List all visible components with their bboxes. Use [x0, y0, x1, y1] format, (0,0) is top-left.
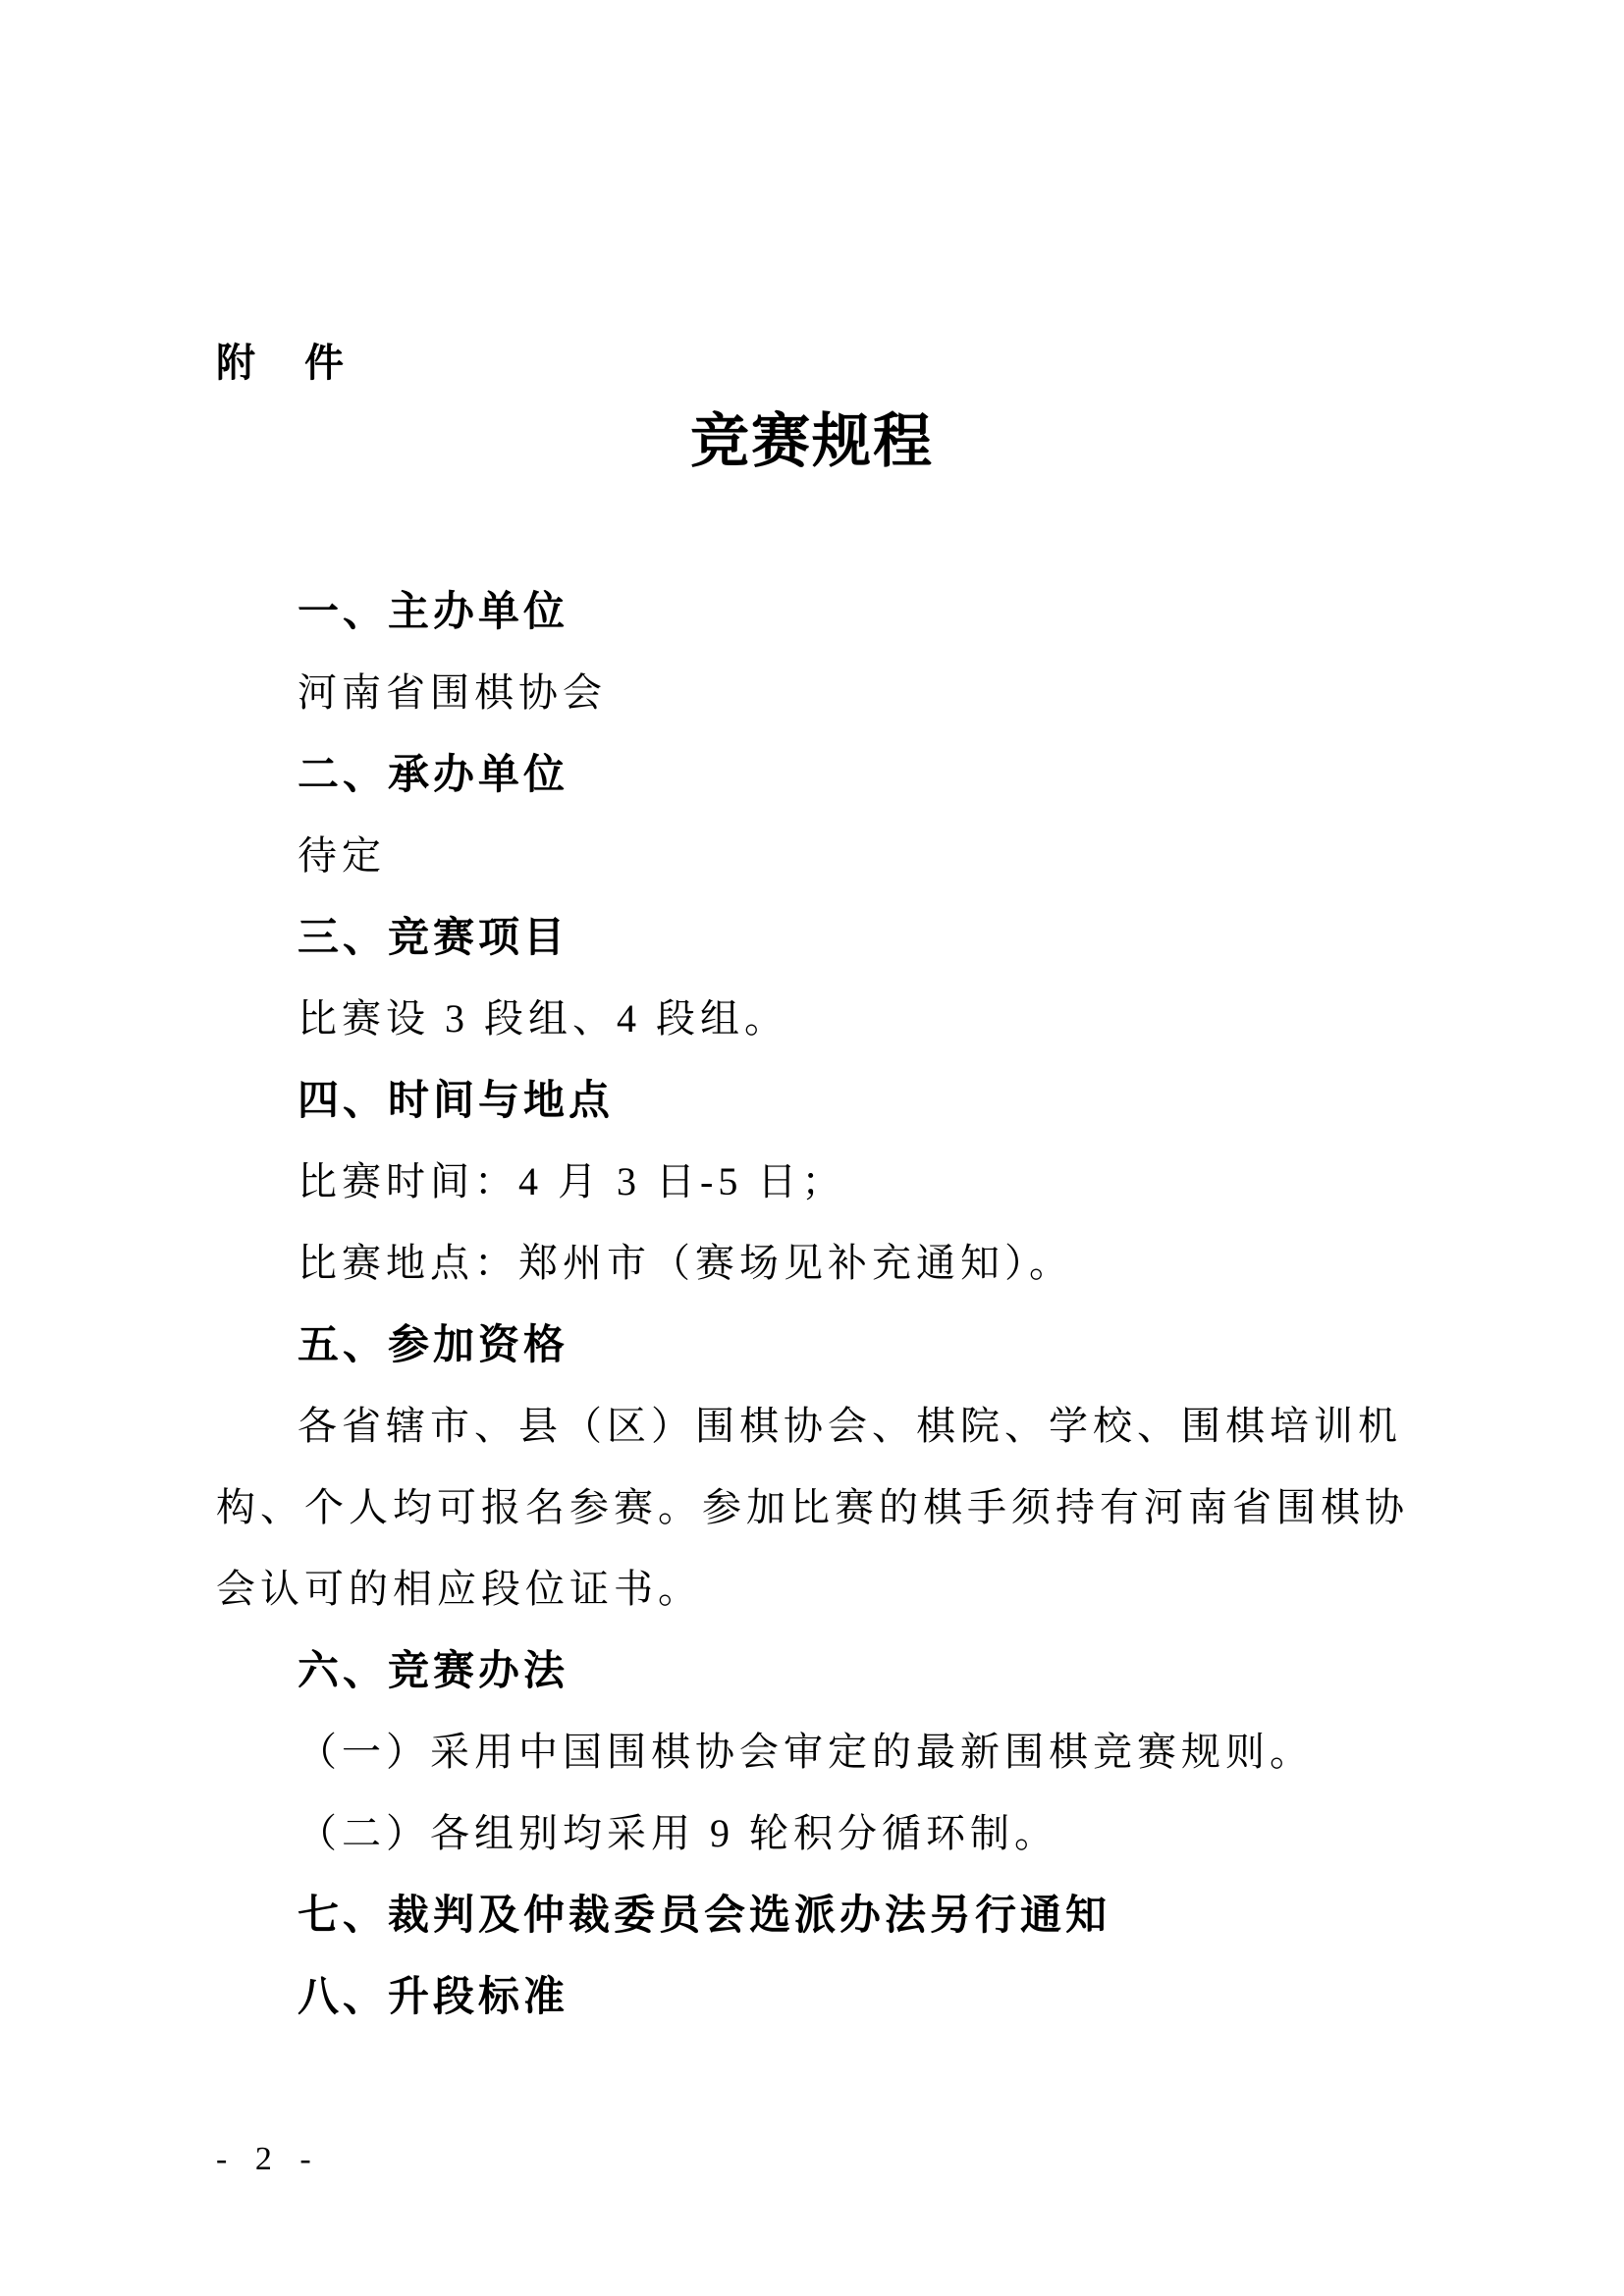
section-6-item-2: （二）各组别均采用 9 轮积分循环制。 [216, 1792, 1428, 1874]
section-5-body-line: 各省辖市、县（区）围棋协会、棋院、学校、围棋培训机 [216, 1385, 1428, 1467]
section-4-body-line-place: 比赛地点：郑州市（赛场见补充通知）。 [216, 1222, 1428, 1304]
document-title: 竞赛规程 [216, 398, 1408, 486]
section-2-body-line: 待定 [216, 815, 1428, 896]
section-8-heading: 八、升段标准 [216, 1955, 1428, 2037]
page-number: - 2 - [216, 2130, 317, 2189]
section-2-heading: 二、承办单位 [216, 733, 1428, 815]
section-3-body-line: 比赛设 3 段组、4 段组。 [216, 978, 1428, 1059]
section-7-heading: 七、裁判及仲裁委员会选派办法另行通知 [216, 1874, 1428, 1955]
section-6-heading: 六、竞赛办法 [216, 1629, 1428, 1711]
section-5-body-line: 会认可的相应段位证书。 [216, 1548, 1428, 1629]
section-6-item-1: （一）采用中国围棋协会审定的最新围棋竞赛规则。 [216, 1711, 1428, 1792]
section-1-body-line: 河南省围棋协会 [216, 652, 1428, 733]
section-4-body-line-time: 比赛时间：4 月 3 日-5 日； [216, 1141, 1428, 1222]
section-5-body-line: 构、个人均可报名参赛。参加比赛的棋手须持有河南省围棋协 [216, 1467, 1428, 1548]
section-4-heading: 四、时间与地点 [216, 1059, 1428, 1141]
section-1-heading: 一、主办单位 [216, 570, 1428, 652]
attachment-label: 附 件 [216, 323, 1428, 404]
section-3-heading: 三、竞赛项目 [216, 896, 1428, 978]
section-5-heading: 五、参加资格 [216, 1304, 1428, 1385]
document-page: 附 件 竞赛规程 一、主办单位 河南省围棋协会 二、承办单位 待定 三、竞赛项目… [0, 0, 1624, 2296]
